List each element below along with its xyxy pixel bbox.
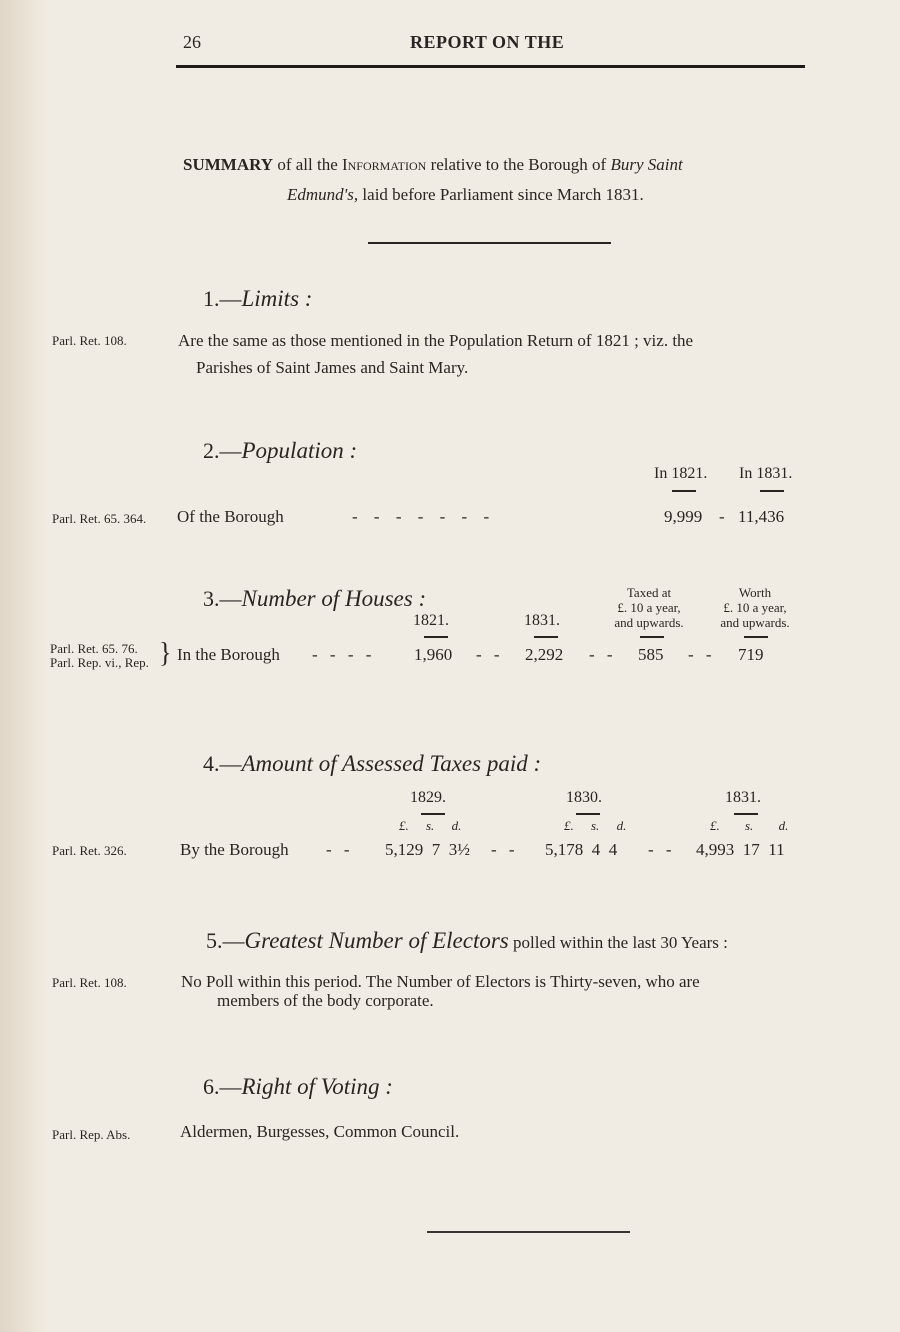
value-1831: 2,292 (525, 645, 563, 665)
electors-text-line1: No Poll within this period. The Number o… (181, 972, 700, 992)
page-number: 26 (183, 32, 201, 53)
separator: - (719, 507, 725, 527)
units-1830: £. s. d. (564, 818, 626, 834)
margin-ref-line: Parl. Rep. vi., Rep. (50, 656, 149, 670)
separator: - - (476, 645, 500, 665)
section-number: 3.— (203, 586, 242, 611)
unit: £. (564, 818, 574, 833)
brace-icon: } (159, 637, 171, 670)
margin-ref: Parl. Ret. 108. (52, 975, 127, 991)
col-rule (576, 813, 600, 815)
col-head-1830: 1830. (566, 789, 602, 807)
borough-name-cont: Edmund's, (287, 185, 358, 204)
section-number: 2.— (203, 438, 242, 463)
head-line: Worth (710, 585, 800, 600)
section-number: 1.— (203, 286, 242, 311)
unit: d. (452, 818, 462, 833)
value-1830: 5,178 4 4 (545, 840, 617, 860)
col-head-1831: 1831. (725, 789, 761, 807)
worth-head: Worth £. 10 a year, and upwards. (710, 585, 800, 630)
section-heading-taxes: 4.—Amount of Assessed Taxes paid : (203, 751, 541, 777)
col-rule (424, 636, 448, 638)
separator: - - (491, 840, 515, 860)
page-gutter-shadow (0, 0, 48, 1332)
col-rule (672, 490, 696, 492)
unit: £. (710, 818, 720, 833)
unit: d. (617, 818, 627, 833)
unit: d. (779, 818, 789, 833)
value-1831: 11,436 (738, 507, 784, 527)
section-title: Right of Voting : (242, 1074, 393, 1099)
row-label: By the Borough (180, 840, 289, 860)
margin-ref: Parl. Ret. 65. 364. (52, 511, 146, 527)
unit: £. (399, 818, 409, 833)
margin-ref: Parl. Ret. 108. (52, 333, 127, 349)
separator: - - (688, 645, 712, 665)
col-rule (640, 636, 664, 638)
taxed-head: Taxed at £. 10 a year, and upwards. (602, 585, 696, 630)
title-text: relative to the Borough of (426, 155, 610, 174)
title-text: of all the (273, 155, 342, 174)
leader-dashes: - - - - - - - (352, 507, 489, 527)
col-head-1829: 1829. (410, 789, 446, 807)
section-number: 5.— (206, 928, 245, 953)
section-heading-population: 2.—Population : (203, 438, 357, 464)
value-1831: 4,993 17 11 (696, 840, 785, 860)
head-line: Taxed at (602, 585, 696, 600)
margin-ref: Parl. Ret. 65. 76. Parl. Rep. vi., Rep. (50, 642, 149, 670)
section-number: 6.— (203, 1074, 242, 1099)
col-rule (534, 636, 558, 638)
units-1829: £. s. d. (399, 818, 461, 834)
borough-name: Bury Saint (610, 155, 682, 174)
section-title: Amount of Assessed Taxes paid : (242, 751, 542, 776)
margin-ref-line: Parl. Ret. 65. 76. (50, 642, 149, 656)
row-label: Of the Borough (177, 507, 284, 527)
section-title: Greatest Number of Electors (245, 928, 509, 953)
unit: s. (591, 818, 599, 833)
leader-dashes: - - - - (312, 645, 371, 665)
head-line: £. 10 a year, (710, 600, 800, 615)
value-taxed: 585 (638, 645, 664, 665)
units-1831: £. s. d. (710, 818, 788, 834)
summary-word: SUMMARY (183, 155, 273, 174)
section-heading-houses: 3.—Number of Houses : (203, 586, 426, 612)
margin-ref: Parl. Rep. Abs. (52, 1127, 130, 1143)
value-1821: 1,960 (414, 645, 452, 665)
col-head-1821: 1821. (413, 612, 449, 630)
head-line: and upwards. (602, 615, 696, 630)
col-rule (734, 813, 758, 815)
section-number: 4.— (203, 751, 242, 776)
electors-text-line2: members of the body corporate. (217, 991, 434, 1011)
title-text: laid before Parliament since March 1831. (358, 185, 644, 204)
summary-title-line2: Edmund's, laid before Parliament since M… (287, 185, 644, 205)
title-rule (368, 242, 611, 244)
value-worth: 719 (738, 645, 764, 665)
header-rule (176, 65, 805, 68)
value-1829: 5,129 7 3½ (385, 840, 470, 860)
unit: s. (426, 818, 434, 833)
unit: s. (745, 818, 753, 833)
col-rule (760, 490, 784, 492)
section-title: Limits : (242, 286, 313, 311)
col-head-1831: 1831. (524, 612, 560, 630)
separator: - - (589, 645, 613, 665)
limits-text-line1: Are the same as those mentioned in the P… (178, 331, 693, 351)
col-rule (421, 813, 445, 815)
row-label: In the Borough (177, 645, 280, 665)
section-heading-limits: 1.—Limits : (203, 286, 312, 312)
col-head-1831: In 1831. (739, 465, 792, 483)
section-title: Population : (242, 438, 358, 463)
separator: - - (648, 840, 672, 860)
col-head-1821: In 1821. (654, 465, 707, 483)
footer-rule (427, 1231, 630, 1233)
section-title: Number of Houses : (242, 586, 427, 611)
summary-title-line1: SUMMARY of all the Information relative … (183, 155, 683, 175)
head-line: £. 10 a year, (602, 600, 696, 615)
limits-text-line2: Parishes of Saint James and Saint Mary. (196, 358, 468, 378)
head-line: and upwards. (710, 615, 800, 630)
section-title-tail: polled within the last 30 Years : (509, 933, 728, 952)
information-word: Information (342, 155, 426, 174)
col-rule (744, 636, 768, 638)
section-heading-electors: 5.—Greatest Number of Electors polled wi… (206, 928, 728, 954)
leader-dashes: - - (326, 840, 350, 860)
margin-ref: Parl. Ret. 326. (52, 843, 127, 859)
value-1821: 9,999 (664, 507, 702, 527)
section-heading-voting: 6.—Right of Voting : (203, 1074, 393, 1100)
running-head: REPORT ON THE (410, 32, 564, 53)
voting-text: Aldermen, Burgesses, Common Council. (180, 1122, 459, 1142)
